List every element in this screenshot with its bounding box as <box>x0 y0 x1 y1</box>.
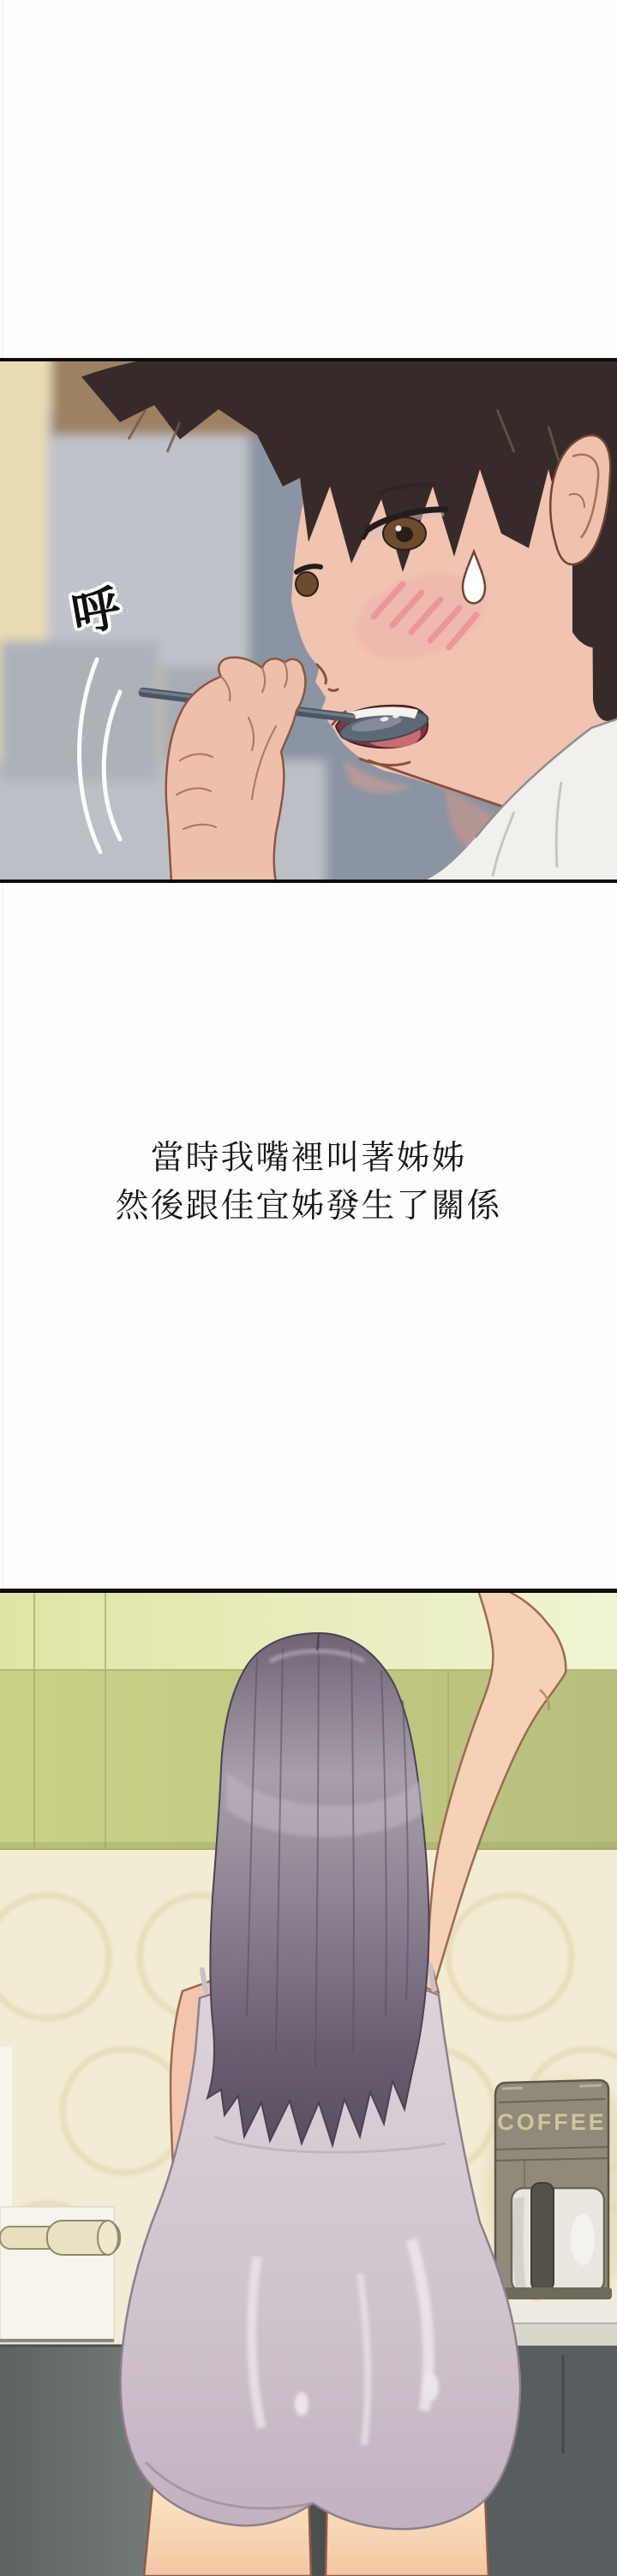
narration-line-2: 然後跟佳宜姊發生了關係 <box>0 1189 617 1225</box>
comic-page: 呼 當時我嘴裡叫著姊姊 然後跟佳宜姊發生了關係 <box>0 0 617 2576</box>
panel-kitchen-scene: COFFEE <box>0 1589 617 2576</box>
coffee-carafe <box>512 2183 604 2293</box>
coffee-maker-label: COFFEE <box>497 2109 607 2135</box>
coffee-maker: COFFEE <box>492 2080 612 2299</box>
woman-hair <box>207 1633 429 2145</box>
sfx-breath-text: 呼 <box>69 584 124 640</box>
panel1-border-top <box>0 358 617 361</box>
narration-line-1: 當時我嘴裡叫著姊姊 <box>0 1141 617 1178</box>
panel2-artwork: COFFEE <box>0 1589 617 2576</box>
panel1-border-bottom <box>0 880 617 883</box>
towel-bar <box>0 2221 120 2255</box>
panel2-border-top <box>0 1589 617 1593</box>
